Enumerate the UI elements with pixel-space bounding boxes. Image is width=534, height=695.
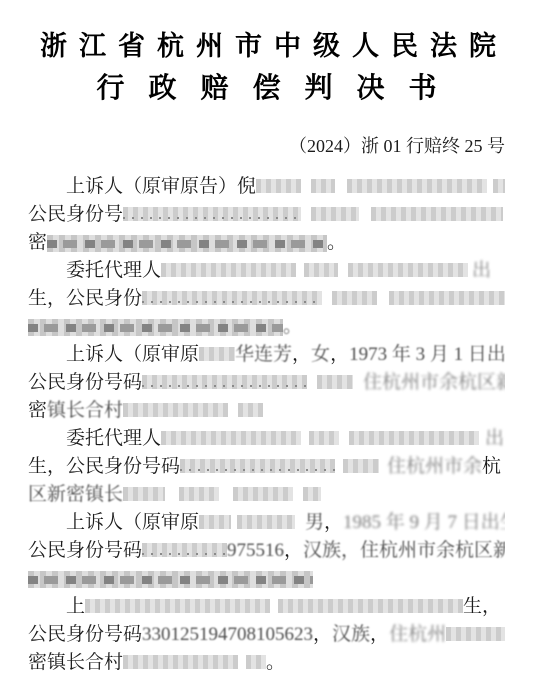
judgment-document: 浙江省杭州市中级人民法院 行政赔偿判决书 （2024）浙 01 行赔终 25 号… — [0, 0, 534, 695]
doc-line: 生，公民身份 — [28, 285, 505, 313]
blurred-text: 330125194708105623 — [142, 624, 313, 645]
redaction-gap — [301, 430, 309, 444]
doc-text: 委托代理人 — [66, 260, 161, 281]
redaction-block — [332, 291, 377, 305]
redaction-gap — [301, 206, 311, 220]
redaction-block — [142, 291, 322, 305]
doc-line: 。 — [28, 313, 505, 341]
redaction-block — [303, 487, 321, 501]
doc-text: 。 — [327, 232, 346, 253]
redaction-gap — [307, 374, 317, 388]
redaction-block — [238, 403, 263, 417]
doc-text: ， — [330, 344, 349, 365]
redaction-gap — [353, 374, 363, 388]
redaction-gap — [335, 178, 347, 192]
doc-text: 上 — [66, 596, 85, 617]
doc-text: 杭 — [482, 456, 501, 477]
blurred-text: 男 — [305, 512, 324, 533]
redaction-block — [123, 403, 228, 417]
doc-line: 上诉人（原审原男，1985 年 9 月 7 日出生 — [28, 509, 505, 537]
redaction-block — [343, 459, 379, 473]
redaction-block — [311, 207, 359, 221]
doc-text: 上诉人（原审原 — [66, 344, 199, 365]
doc-text: 上诉人（原审原告）倪 — [66, 176, 256, 197]
doc-text: 密 — [28, 400, 47, 421]
doc-line: 区新密镇长 — [28, 481, 505, 509]
blurred-text: 汉族 — [332, 624, 370, 645]
doc-text: 密 — [28, 232, 47, 253]
ghost-text: 住杭州市余杭区新 — [363, 372, 505, 393]
doc-text: 委托代理人 — [66, 428, 161, 449]
doc-line: 公民身份号码975516，汉族，住杭州市余杭区新 — [28, 537, 505, 565]
redaction-block — [47, 235, 327, 252]
redaction-gap — [228, 402, 238, 416]
document-title: 行政赔偿判决书 — [28, 73, 505, 105]
redaction-gap — [301, 178, 311, 192]
redaction-gap — [219, 486, 233, 500]
doc-line: 密镇长合村。 — [28, 649, 505, 677]
doc-text: 公民身份号码 — [28, 540, 142, 561]
redaction-block — [28, 319, 283, 336]
document-body: 上诉人（原审原告）倪公民身份号密。委托代理人出生，公民身份。上诉人（原审原华连芳… — [28, 173, 505, 677]
doc-line: 上诉人（原审原华连芳，女，1973 年 3 月 1 日出生， — [28, 341, 505, 369]
redaction-gap — [338, 262, 348, 276]
redaction-block — [371, 207, 503, 221]
doc-text: ， — [370, 624, 389, 645]
redaction-block — [123, 207, 301, 221]
case-number: （2024）浙 01 行赔终 25 号 — [28, 136, 505, 156]
redaction-block — [28, 571, 313, 588]
redaction-gap — [296, 262, 304, 276]
doc-text: 公民身份号码 — [28, 372, 142, 393]
redaction-block — [348, 263, 468, 277]
redaction-block — [389, 291, 505, 305]
doc-line: 密。 — [28, 229, 505, 257]
redaction-gap — [339, 430, 349, 444]
redaction-gap — [359, 206, 371, 220]
ghost-text: 出 — [472, 260, 491, 281]
redaction-block — [256, 179, 301, 193]
doc-text: 生，公民身份号码 — [28, 456, 180, 477]
doc-text: 。 — [266, 652, 285, 673]
blurred-text: 华连芳 — [235, 344, 292, 365]
redaction-gap — [322, 290, 332, 304]
ghost-text: 住杭州 — [389, 624, 446, 645]
ghost-text: 住杭州市余 — [387, 456, 482, 477]
redaction-block — [237, 515, 295, 529]
redaction-gap — [238, 654, 246, 668]
doc-text: 生， — [463, 596, 501, 617]
redaction-block — [233, 487, 293, 501]
blurred-text: 。 — [283, 316, 302, 337]
redaction-block — [180, 459, 335, 473]
redaction-block — [199, 515, 231, 529]
ghost-text: 出 — [485, 428, 504, 449]
doc-text: ， — [313, 624, 332, 645]
blurred-text: 镇长合村 — [47, 400, 123, 421]
doc-line: 委托代理人出 — [28, 257, 505, 285]
redaction-block — [349, 431, 479, 445]
blurred-text: 975516 — [227, 540, 284, 561]
document-inner: 浙江省杭州市中级人民法院 行政赔偿判决书 （2024）浙 01 行赔终 25 号… — [0, 0, 534, 677]
redaction-gap — [379, 458, 387, 472]
redaction-block — [309, 431, 339, 445]
doc-line: 委托代理人出 — [28, 425, 505, 453]
redaction-block — [161, 263, 296, 277]
redaction-block — [246, 655, 266, 669]
blurred-text: 1973 年 3 月 1 日出生 — [349, 344, 505, 365]
redaction-block — [142, 543, 227, 557]
redaction-block — [161, 431, 301, 445]
redaction-block — [123, 655, 238, 669]
redaction-block — [123, 487, 165, 501]
redaction-gap — [295, 514, 305, 528]
redaction-gap — [335, 458, 343, 472]
doc-line: 上诉人（原审原告）倪 — [28, 173, 505, 201]
doc-text: ， — [284, 540, 303, 561]
ghost-text: 1985 年 9 月 7 日出生 — [343, 512, 505, 533]
redaction-block — [446, 627, 505, 641]
doc-text: 生，公民身份 — [28, 288, 142, 309]
doc-text: 公民身份号码 — [28, 624, 142, 645]
doc-text: ， — [292, 344, 311, 365]
redaction-gap — [165, 486, 179, 500]
doc-line — [28, 565, 505, 593]
redaction-block — [493, 179, 505, 193]
doc-line: 密镇长合村 — [28, 397, 505, 425]
doc-line: 生，公民身份号码住杭州市余杭 — [28, 453, 505, 481]
doc-text: ， — [324, 512, 343, 533]
doc-line: 公民身份号码住杭州市余杭区新 — [28, 369, 505, 397]
redaction-block — [179, 487, 219, 501]
redaction-block — [199, 347, 235, 361]
blurred-text: 区新密镇长 — [28, 484, 123, 505]
redaction-gap — [270, 598, 278, 612]
redaction-block — [311, 179, 335, 193]
doc-line: 公民身份号 — [28, 201, 505, 229]
doc-text: 密镇长合村 — [28, 652, 123, 673]
doc-line: 上生， — [28, 593, 505, 621]
doc-line: 公民身份号码330125194708105623，汉族，住杭州 — [28, 621, 505, 649]
redaction-block — [347, 179, 487, 193]
redaction-block — [278, 599, 463, 613]
redaction-block — [317, 375, 353, 389]
redaction-block — [85, 599, 270, 613]
redaction-gap — [293, 486, 303, 500]
redaction-gap — [377, 290, 389, 304]
court-name: 浙江省杭州市中级人民法院 — [28, 30, 505, 62]
redaction-block — [304, 263, 338, 277]
redaction-block — [142, 375, 307, 389]
doc-text: 公民身份号 — [28, 204, 123, 225]
blurred-text: 女 — [311, 344, 330, 365]
blurred-text: 汉族，住杭州市余杭区新 — [303, 540, 505, 561]
doc-text: 上诉人（原审原 — [66, 512, 199, 533]
